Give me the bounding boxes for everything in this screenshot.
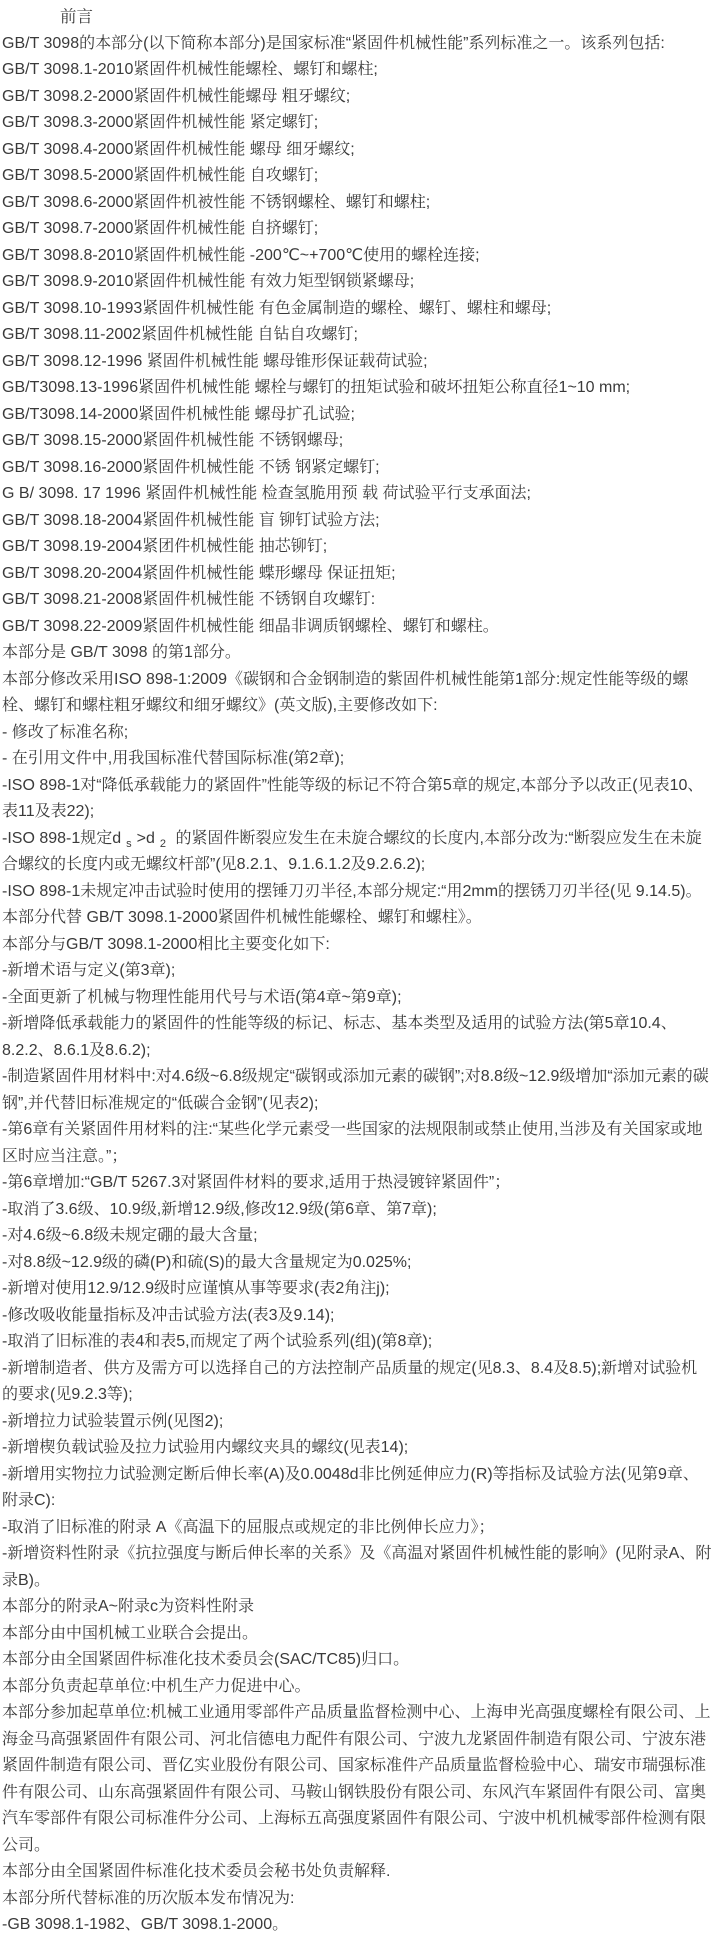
- paragraph: -新增降低承载能力的紧固件的性能等级的标记、标志、基本类型及适用的试验方法(第5…: [2, 1011, 712, 1064]
- page-title: 前言: [60, 4, 712, 31]
- paragraph: 本部分由中国机械工业联合会提出。: [2, 1621, 712, 1648]
- paragraph-group-after: -ISO 898-1未规定冲击试验时使用的摆锤刀刃半径,本部分规定:“用2mm的…: [2, 879, 712, 1939]
- paragraph: -第6章有关紧固件用材料的注:“某些化学元素受一些国家的法规限制或禁止使用,当涉…: [2, 1117, 712, 1170]
- paragraph: 本部分所代替标准的历次版本发布情况为:: [2, 1886, 712, 1913]
- paragraph: GB/T 3098.5-2000紧固件机械性能 自攻螺钉;: [2, 163, 712, 190]
- paragraph: GB/T 3098.10-1993紧固件机械性能 有色金属制造的螺栓、螺钉、螺柱…: [2, 296, 712, 323]
- paragraph: GB/T 3098.9-2010紧固件机械性能 有效力矩型钢锁紧螺母;: [2, 269, 712, 296]
- paragraph: 本部分参加起草单位:机械工业通用零部件产品质量监督检测中心、上海申光高强度螺栓有…: [2, 1700, 712, 1859]
- paragraph: -新增术语与定义(第3章);: [2, 958, 712, 985]
- paragraph: -取消了3.6级、10.9级,新增12.9级,修改12.9级(第6章、第7章);: [2, 1197, 712, 1224]
- paragraph: GB/T3098.14-2000紧固件机械性能 螺母扩孔试验;: [2, 402, 712, 429]
- paragraph: GB/T 3098.3-2000紧固件机械性能 紧定螺钉;: [2, 110, 712, 137]
- paragraph: GB/T 3098.18-2004紧固件机械性能 盲 铆钉试验方法;: [2, 508, 712, 535]
- paragraph: 本部分负责起草单位:中机生产力促进中心。: [2, 1674, 712, 1701]
- paragraph: -ISO 898-1对“降低承载能力的紧固件”性能等级的标记不符合第5章的规定,…: [2, 773, 712, 826]
- paragraph: -新增制造者、供方及需方可以选择自己的方法控制产品质量的规定(见8.3、8.4及…: [2, 1356, 712, 1409]
- paragraph: -取消了旧标准的表4和表5,而规定了两个试验系列(组)(第8章);: [2, 1329, 712, 1356]
- paragraph: GB/T 3098.12-1996 紧固件机械性能 螺母锥形保证载荷试验;: [2, 349, 712, 376]
- paragraph: - 在引用文件中,用我国标准代替国际标准(第2章);: [2, 746, 712, 773]
- paragraph: -对4.6级~6.8级未规定硼的最大含量;: [2, 1223, 712, 1250]
- paragraph: GB/T 3098.22-2009紧固件机械性能 细晶非调质钢螺栓、螺钉和螺柱。: [2, 614, 712, 641]
- paragraph: -制造紧固件用材料中:对4.6级~6.8级规定“碳钢或添加元素的碳钢”;对8.8…: [2, 1064, 712, 1117]
- paragraph: G B/ 3098. 17 1996 紧固件机械性能 检查氢脆用预 载 荷试验平…: [2, 481, 712, 508]
- paragraph: 本部分修改采用ISO 898-1:2009《碳钢和合金钢制造的紫固件机械性能第1…: [2, 667, 712, 720]
- paragraph: -第6章增加:“GB/T 5267.3对紧固件材料的要求,适用于热浸镀锌紧固件”…: [2, 1170, 712, 1197]
- paragraph: -GB 3098.1-1982、GB/T 3098.1-2000。: [2, 1912, 712, 1939]
- formula-subscript-s: s: [126, 838, 132, 850]
- paragraph: -新增资料性附录《抗拉强度与断后伸长率的关系》及《高温对紧固件机械性能的影响》(…: [2, 1541, 712, 1594]
- paragraph: GB/T 3098.4-2000紧固件机械性能 螺母 细牙螺纹;: [2, 137, 712, 164]
- paragraph: GB/T 3098.20-2004紧固件机械性能 蝶形螺母 保证扭矩;: [2, 561, 712, 588]
- paragraph: GB/T 3098.8-2010紧固件机械性能 -200℃~+700℃使用的螺栓…: [2, 243, 712, 270]
- paragraph: -ISO 898-1未规定冲击试验时使用的摆锤刀刃半径,本部分规定:“用2mm的…: [2, 879, 712, 906]
- paragraph: -新增对使用12.9/12.9级时应谨慎从事等要求(表2角注j);: [2, 1276, 712, 1303]
- paragraph: GB/T 3098.1-2010紧固件机械性能螺栓、螺钉和螺柱;: [2, 57, 712, 84]
- paragraph: GB/T3098.13-1996紧固件机械性能 螺栓与螺钉的扭矩试验和破坏扭矩公…: [2, 375, 712, 402]
- paragraph: 本部分的附录A~附录c为资料性附录: [2, 1594, 712, 1621]
- paragraph: 本部分由全国紧固件标准化技术委员会秘书处负责解释.: [2, 1859, 712, 1886]
- paragraph-iso-d-rule: -ISO 898-1规定ds>d2 的紧固件断裂应发生在未旋合螺纹的长度内,本部…: [2, 826, 712, 879]
- paragraph: 本部分是 GB/T 3098 的第1部分。: [2, 640, 712, 667]
- formula-text-part1: -ISO 898-1规定d: [2, 830, 121, 847]
- paragraph: 本部分代替 GB/T 3098.1-2000紧固件机械性能螺栓、螺钉和螺柱》。: [2, 905, 712, 932]
- paragraph: GB/T 3098.19-2004紧团件机械性能 抽芯铆钉;: [2, 534, 712, 561]
- paragraph: GB/T 3098.6-2000紧固件机被性能 不锈钢螺栓、螺钉和螺柱;: [2, 190, 712, 217]
- paragraph: -全面更新了机械与物理性能用代号与术语(第4章~第9章);: [2, 985, 712, 1012]
- paragraph: GB/T 3098.11-2002紧固件机械性能 自钻自攻螺钉;: [2, 322, 712, 349]
- paragraph: 本部分与GB/T 3098.1-2000相比主要变化如下:: [2, 932, 712, 959]
- paragraph: 本部分由全国紧固件标准化技术委员会(SAC/TC85)归口。: [2, 1647, 712, 1674]
- paragraph: -新增楔负载试验及拉力试验用内螺纹夹具的螺纹(见表14);: [2, 1435, 712, 1462]
- paragraph: GB/T 3098.21-2008紧固件机械性能 不锈钢自攻螺钉:: [2, 587, 712, 614]
- foreword-document: 前言 GB/T 3098的本部分(以下简称本部分)是国家标准“紧固件机械性能”系…: [0, 0, 718, 1947]
- paragraph: -新增拉力试验装置示例(见图2);: [2, 1409, 712, 1436]
- paragraph: -新增用实物拉力试验测定断后伸长率(A)及0.0048d非比例延伸应力(R)等指…: [2, 1462, 712, 1515]
- formula-subscript-2: 2: [160, 838, 166, 850]
- paragraph: - 修改了标准名称;: [2, 720, 712, 747]
- paragraph: -对8.8级~12.9级的磷(P)和硫(S)的最大含量规定为0.025%;: [2, 1250, 712, 1277]
- paragraph-group-before: GB/T 3098的本部分(以下简称本部分)是国家标准“紧固件机械性能”系列标准…: [2, 31, 712, 826]
- paragraph: GB/T 3098.15-2000紧固件机械性能 不锈钢螺母;: [2, 428, 712, 455]
- paragraph: GB/T 3098.2-2000紧固件机械性能螺母 粗牙螺纹;: [2, 84, 712, 111]
- paragraph: -取消了旧标准的附录 A《高温下的屈服点或规定的非比例伸长应力》；: [2, 1515, 712, 1542]
- paragraph: -修改吸收能量指标及冲击试验方法(表3及9.14);: [2, 1303, 712, 1330]
- paragraph: GB/T 3098的本部分(以下简称本部分)是国家标准“紧固件机械性能”系列标准…: [2, 31, 712, 58]
- paragraph: GB/T 3098.7-2000紧固件机械性能 自挤螺钉;: [2, 216, 712, 243]
- paragraph: GB/T 3098.16-2000紧固件机械性能 不锈 钢紧定螺钉;: [2, 455, 712, 482]
- formula-text-part2: >d: [137, 830, 155, 847]
